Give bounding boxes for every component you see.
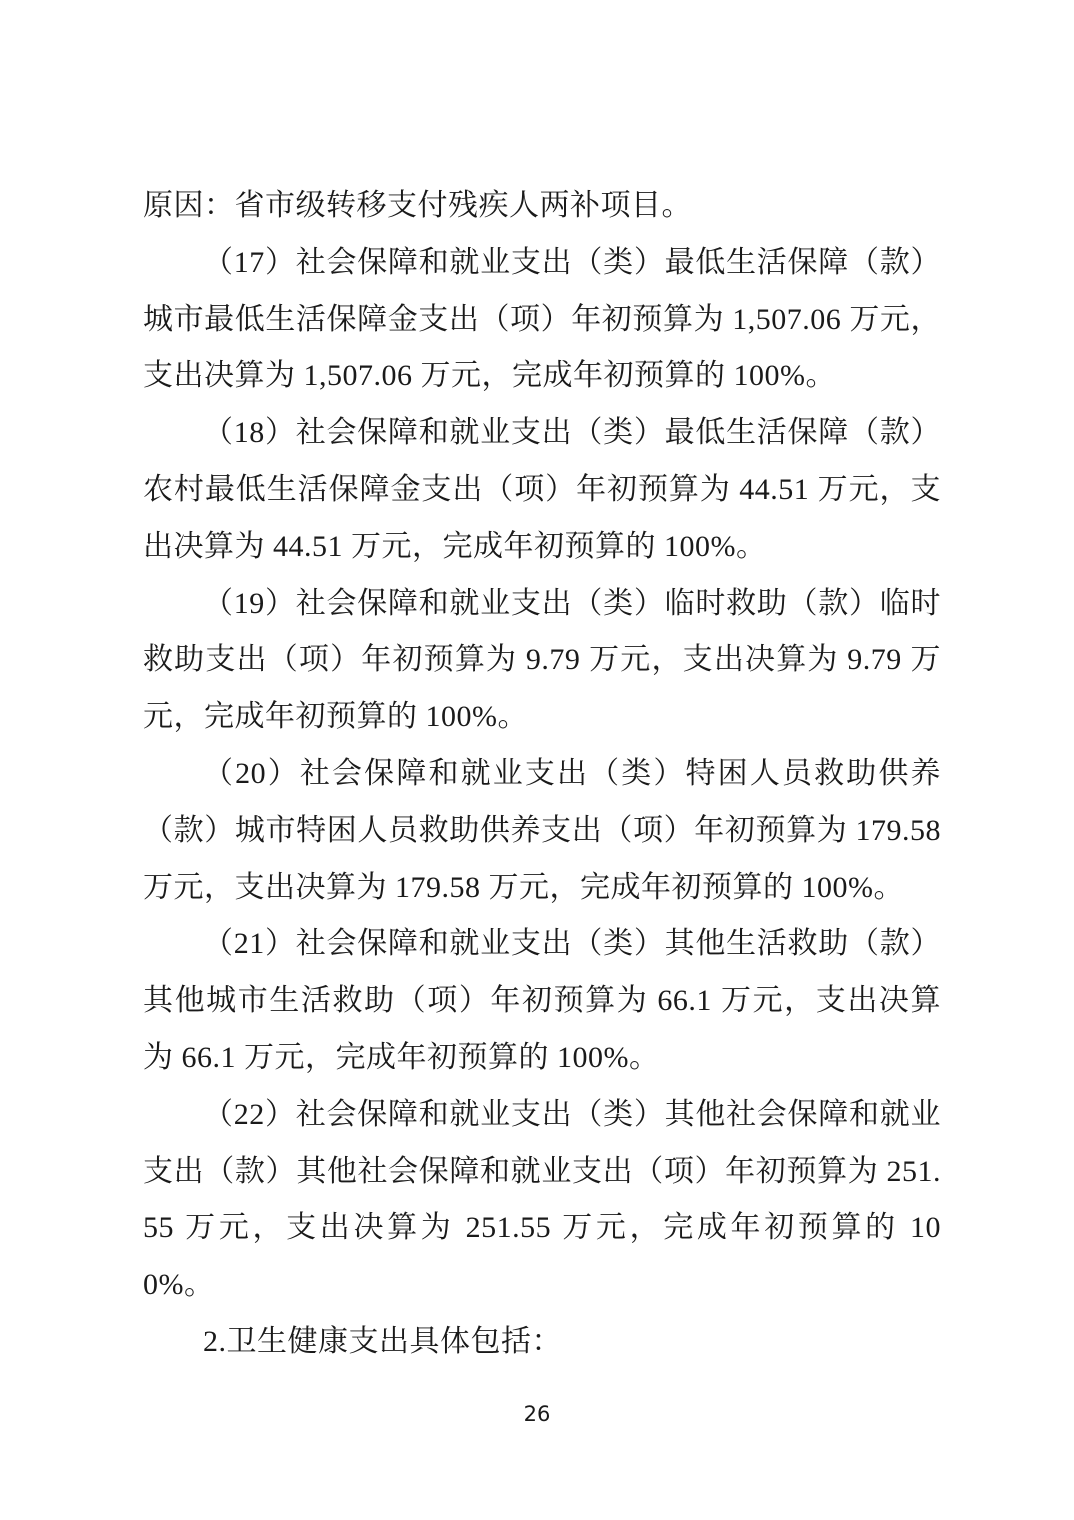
paragraph: （20）社会保障和就业支出（类）特困人员救助供养（款）城市特困人员救助供养支出（… [143, 746, 941, 916]
paragraph: （17）社会保障和就业支出（类）最低生活保障（款）城市最低生活保障金支出（项）年… [143, 235, 941, 405]
document-page: 原因：省市级转移支付残疾人两补项目。 （17）社会保障和就业支出（类）最低生活保… [0, 0, 1074, 1520]
page-number: 26 [0, 1402, 1074, 1426]
paragraph: （18）社会保障和就业支出（类）最低生活保障（款）农村最低生活保障金支出（项）年… [143, 405, 941, 575]
paragraph: （22）社会保障和就业支出（类）其他社会保障和就业支出（款）其他社会保障和就业支… [143, 1087, 941, 1314]
paragraph: 2.卫生健康支出具体包括： [143, 1314, 941, 1371]
paragraph: （19）社会保障和就业支出（类）临时救助（款）临时救助支出（项）年初预算为 9.… [143, 576, 941, 746]
document-body: 原因：省市级转移支付残疾人两补项目。 （17）社会保障和就业支出（类）最低生活保… [143, 178, 941, 1371]
paragraph: （21）社会保障和就业支出（类）其他生活救助（款）其他城市生活救助（项）年初预算… [143, 916, 941, 1086]
paragraph: 原因：省市级转移支付残疾人两补项目。 [143, 178, 941, 235]
